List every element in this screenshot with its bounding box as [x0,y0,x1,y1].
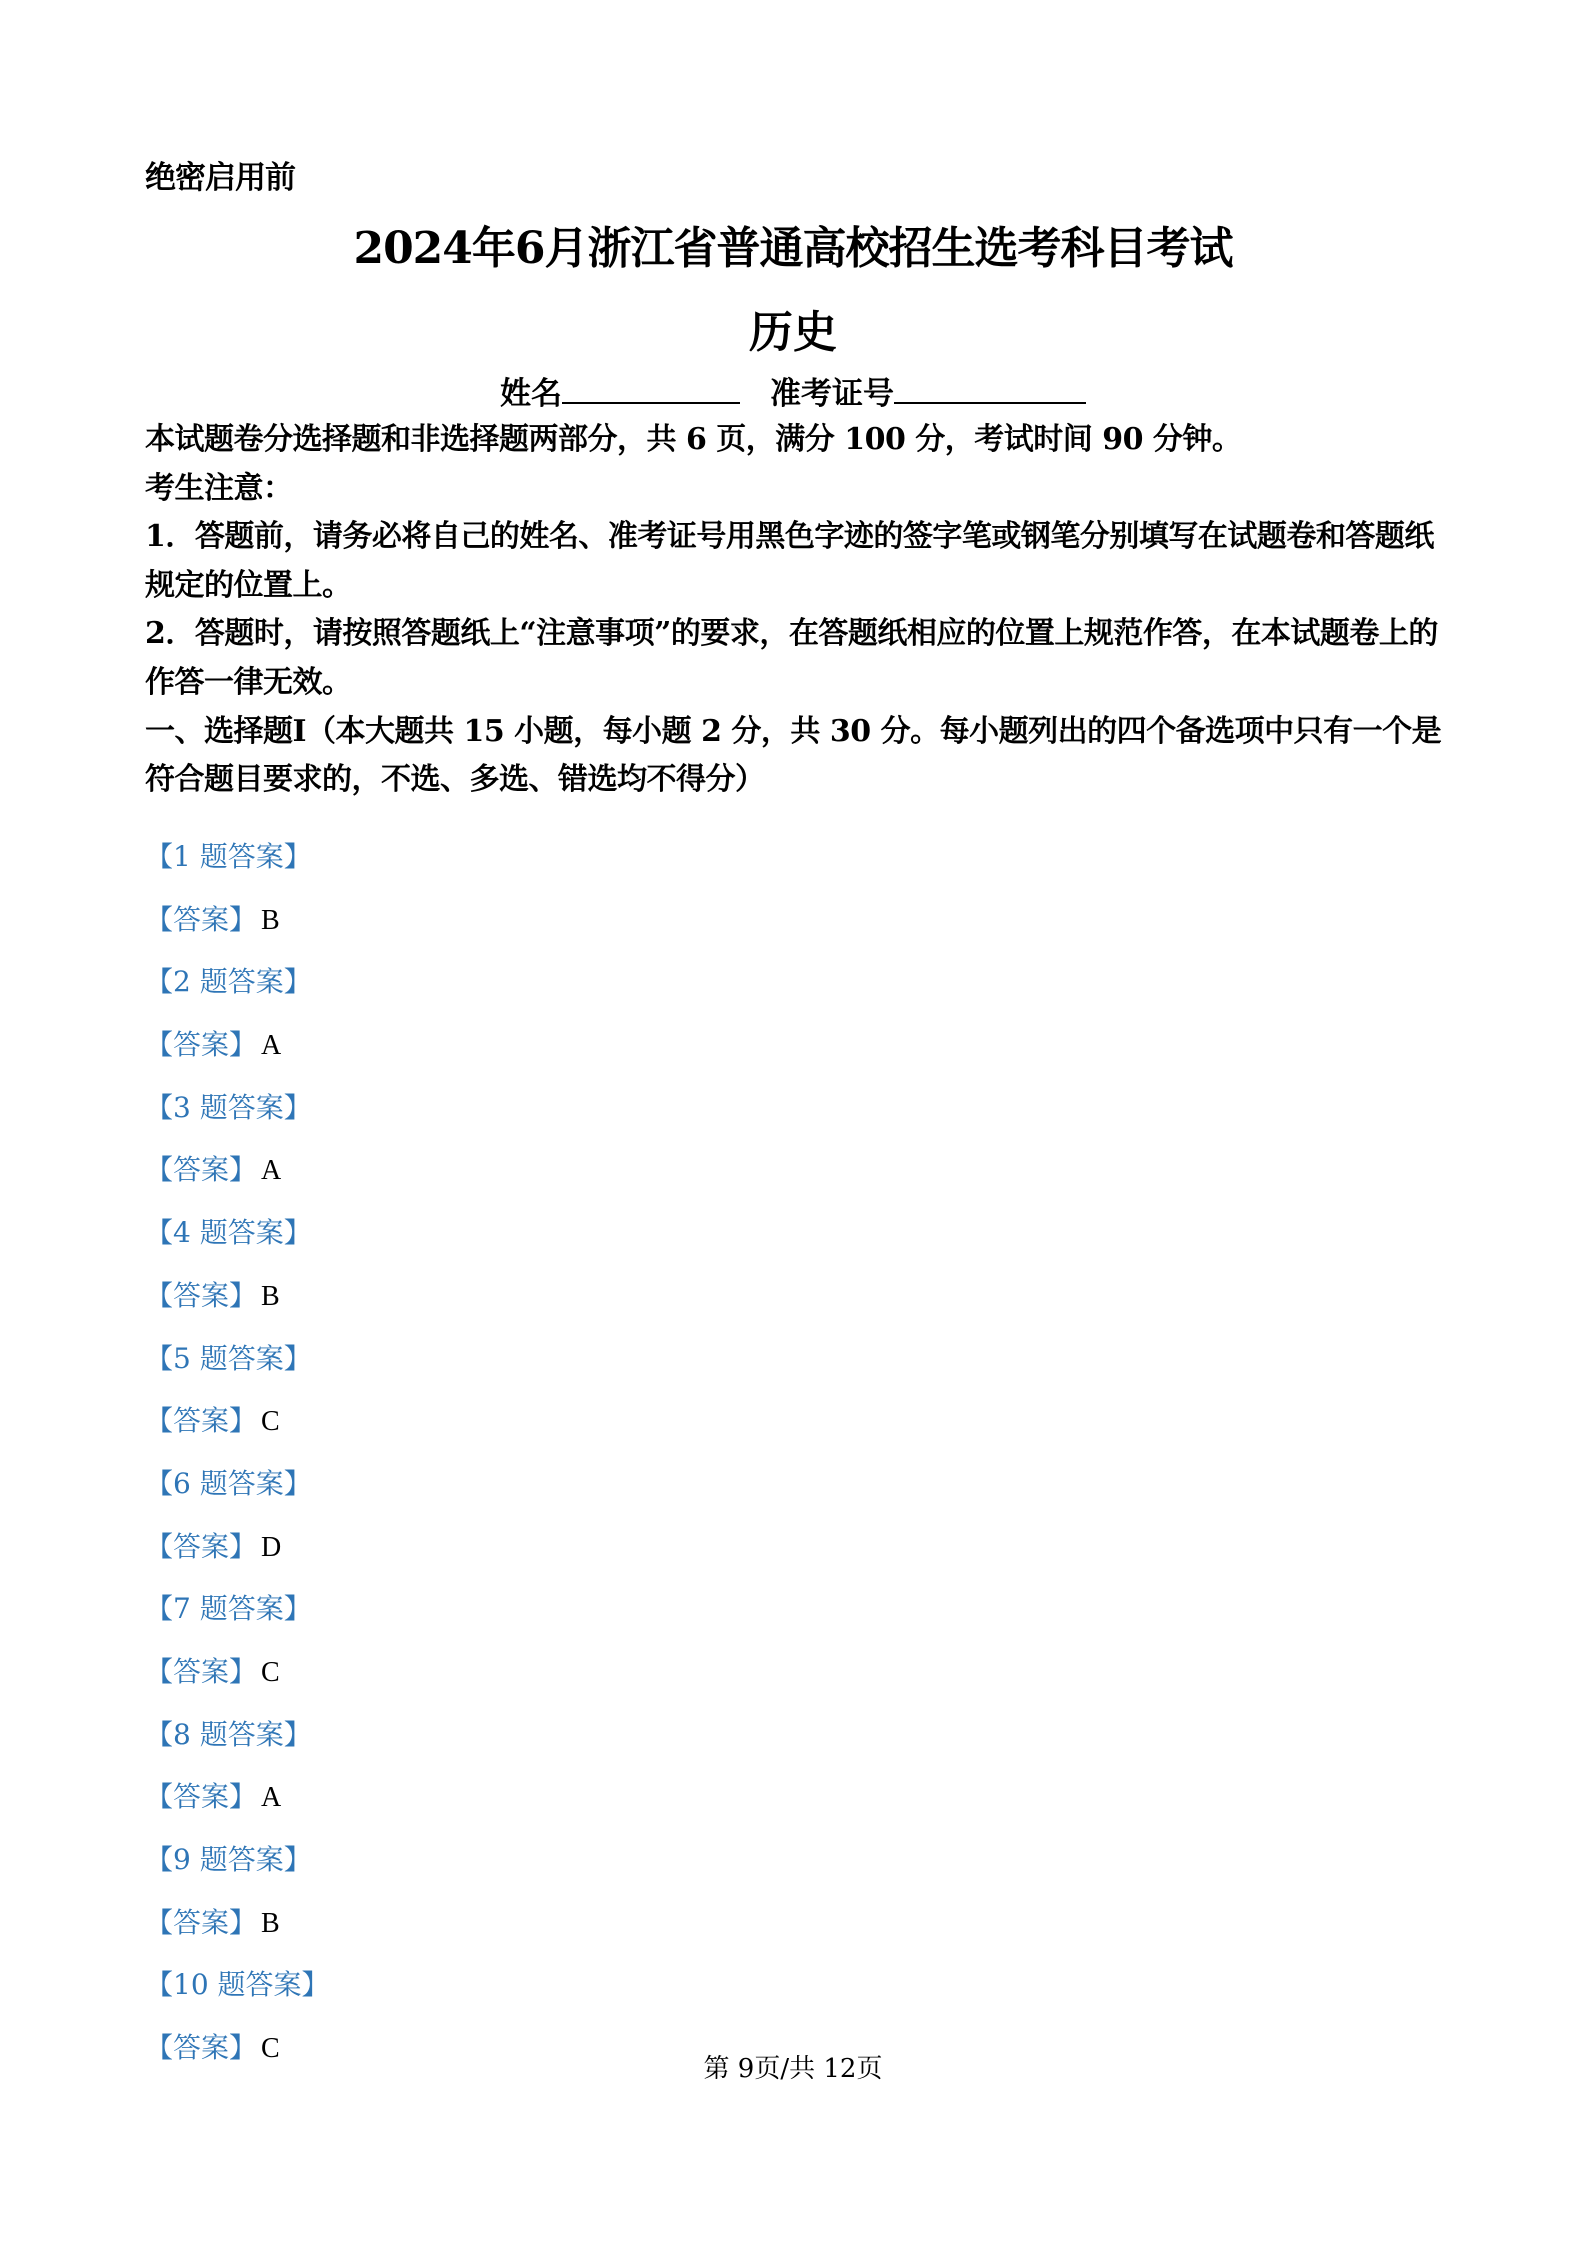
answer-label: 【答案】 [145,1028,257,1061]
question-label: 【10 题答案】 [145,1954,330,2017]
exam-id-label: 准考证号 [770,376,894,412]
question-label: 【5 题答案】 [145,1328,330,1391]
answer-row: 【答案】A [145,1014,330,1077]
answer-row: 【答案】B [145,1892,330,1955]
answer-label: 【答案】 [145,1655,257,1688]
question-label: 【3 题答案】 [145,1077,330,1140]
answer-label: 【答案】 [145,1530,257,1563]
answer-label: 【答案】 [145,1404,257,1437]
answer-label: 【答案】 [145,1279,257,1312]
exam-title: 2024年6月浙江省普通高校招生选考科目考试 [0,212,1586,276]
answer-row: 【答案】B [145,1265,330,1328]
answer-value: A [261,1030,281,1061]
answer-value: C [261,1657,280,1688]
question-label: 【8 题答案】 [145,1704,330,1767]
question-label: 【1 题答案】 [145,826,330,889]
subject-title: 历史 [0,296,1586,360]
answer-label: 【答案】 [145,1780,257,1813]
answer-row: 【答案】B [145,889,330,952]
question-label: 【6 题答案】 [145,1453,330,1516]
exam-intro: 本试题卷分选择题和非选择题两部分，共 6 页，满分 100 分，考试时间 90 … [145,416,1455,465]
name-blank [562,372,740,404]
name-label: 姓名 [500,376,562,412]
answer-value: B [261,1908,280,1939]
instructions-block: 本试题卷分选择题和非选择题两部分，共 6 页，满分 100 分，考试时间 90 … [145,416,1455,805]
answer-value: D [261,1532,281,1563]
section-heading: 一、选择题Ⅰ（本大题共 15 小题，每小题 2 分，共 30 分。每小题列出的四… [145,708,1455,805]
exam-id-blank [894,372,1086,404]
answer-row: 【答案】A [145,1766,330,1829]
answer-value: C [261,1406,280,1437]
answer-value: B [261,905,280,936]
answer-row: 【答案】D [145,1516,330,1579]
notice-item-1: 1．答题前，请务必将自己的姓名、准考证号用黑色字迹的签字笔或钢笔分别填写在试题卷… [145,513,1455,610]
answer-value: B [261,1281,280,1312]
answer-row: 【答案】C [145,1390,330,1453]
question-label: 【9 题答案】 [145,1829,330,1892]
answer-value: A [261,1782,281,1813]
answer-row: 【答案】A [145,1139,330,1202]
notice-item-2: 2．答题时，请按照答题纸上“注意事项”的要求，在答题纸相应的位置上规范作答，在本… [145,610,1455,707]
question-label: 【7 题答案】 [145,1578,330,1641]
notice-heading: 考生注意： [145,465,1455,514]
answer-label: 【答案】 [145,1906,257,1939]
question-label: 【4 题答案】 [145,1202,330,1265]
confidential-label: 绝密启用前 [145,152,295,197]
answer-row: 【答案】C [145,1641,330,1704]
question-label: 【2 题答案】 [145,951,330,1014]
answer-label: 【答案】 [145,903,257,936]
candidate-info-line: 姓名准考证号 [0,368,1586,413]
answer-label: 【答案】 [145,1153,257,1186]
page-indicator: 第 9页/共 12页 [0,2048,1586,2085]
answer-value: A [261,1155,281,1186]
answer-list: 【1 题答案】 【答案】B 【2 题答案】 【答案】A 【3 题答案】 【答案】… [145,826,330,2080]
